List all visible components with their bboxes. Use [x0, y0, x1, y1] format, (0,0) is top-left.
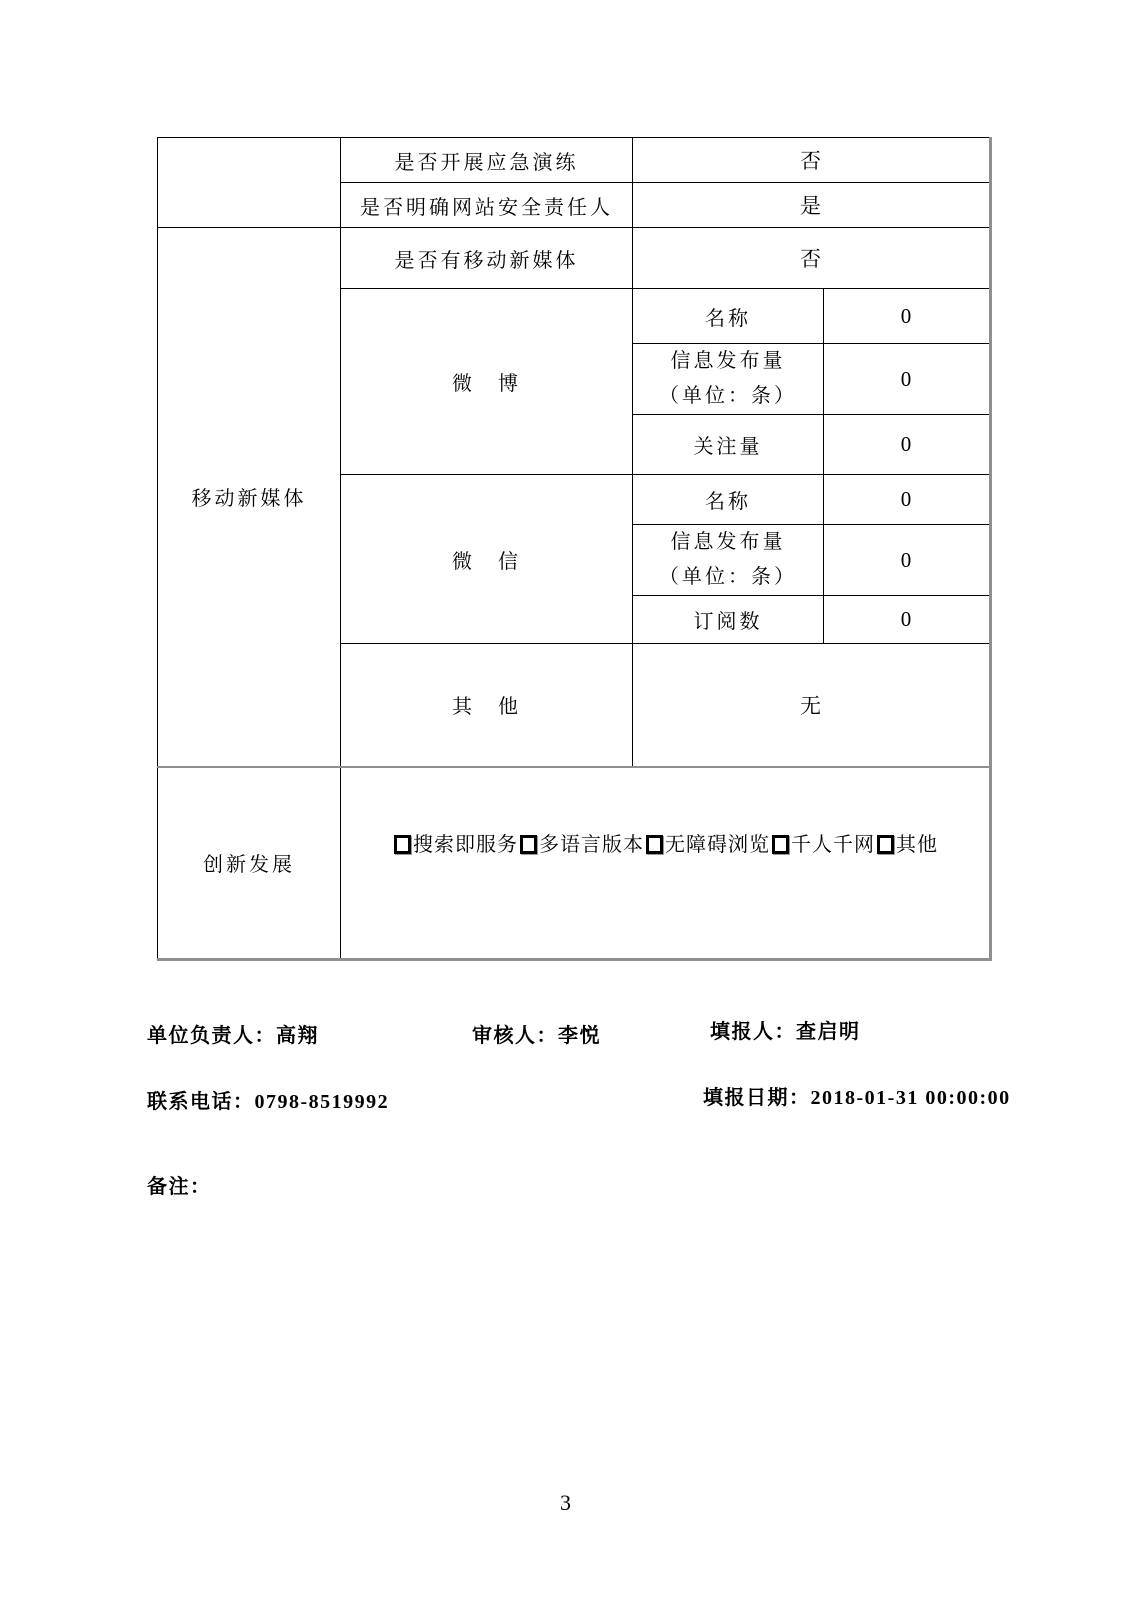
checkbox-accessibility-icon[interactable] [646, 835, 663, 854]
checkbox-other-icon[interactable] [877, 835, 894, 854]
checkbox-label: 其他 [896, 834, 938, 856]
checkbox-multilingual-icon[interactable] [520, 835, 537, 854]
mobile-media-section-label: 移动新媒体 [158, 228, 341, 767]
reviewer-value: 李悦 [558, 1025, 601, 1047]
unit-head-value: 高翔 [276, 1025, 319, 1047]
wechat-subscribers-label: 订阅数 [633, 596, 824, 644]
security-person-value: 是 [633, 183, 991, 228]
weibo-followers-label: 关注量 [633, 415, 824, 475]
checkbox-label: 千人千网 [791, 834, 875, 856]
unit-head-label: 单位负责人： [147, 1025, 276, 1047]
phone-field: 联系电话：0798-8519992 [147, 1085, 389, 1114]
remark-field: 备注： [147, 1170, 212, 1199]
filler-label: 填报人： [710, 1021, 796, 1043]
table-row: 移动新媒体 是否有移动新媒体 否 [158, 228, 991, 289]
phone-value: 0798-8519992 [255, 1091, 390, 1113]
remark-label: 备注： [147, 1176, 212, 1198]
wechat-label: 微 信 [341, 475, 633, 644]
report-table-wrapper: 是否开展应急演练 否 是否明确网站安全责任人 是 移动新媒体 是否有移动新媒体 … [157, 137, 992, 961]
innovation-option: 千人千网 [770, 834, 875, 856]
innovation-options-cell: 搜索即服务多语言版本无障碍浏览千人千网其他 [341, 767, 991, 960]
report-date-field: 填报日期：2018-01-31 00:00:00 [703, 1081, 1011, 1110]
security-person-label: 是否明确网站安全责任人 [341, 183, 633, 228]
other-media-value: 无 [633, 644, 991, 767]
wechat-posts-label-line1: 信息发布量 [633, 525, 823, 560]
emergency-drill-label: 是否开展应急演练 [341, 138, 633, 183]
checkbox-label: 无障碍浏览 [665, 834, 770, 856]
checkbox-label: 搜索即服务 [413, 834, 518, 856]
innovation-option: 无障碍浏览 [644, 834, 770, 856]
filler-value: 查启明 [796, 1021, 861, 1043]
has-mobile-label: 是否有移动新媒体 [341, 228, 633, 289]
other-media-label: 其 他 [341, 644, 633, 767]
report-table: 是否开展应急演练 否 是否明确网站安全责任人 是 移动新媒体 是否有移动新媒体 … [157, 137, 992, 961]
reviewer-field: 审核人：李悦 [472, 1019, 601, 1048]
wechat-posts-label-line2: （单位：条） [633, 560, 823, 595]
weibo-posts-value: 0 [824, 344, 991, 415]
weibo-name-value: 0 [824, 289, 991, 344]
weibo-name-label: 名称 [633, 289, 824, 344]
unit-head-field: 单位负责人：高翔 [147, 1019, 319, 1048]
report-date-label: 填报日期： [703, 1087, 811, 1109]
weibo-posts-label-line2: （单位：条） [633, 379, 823, 414]
weibo-posts-label-line1: 信息发布量 [633, 344, 823, 379]
wechat-posts-label: 信息发布量 （单位：条） [633, 525, 824, 596]
wechat-name-label: 名称 [633, 475, 824, 525]
emergency-drill-value: 否 [633, 138, 991, 183]
filler-field: 填报人：查启明 [710, 1015, 861, 1044]
innovation-option: 搜索即服务 [392, 834, 518, 856]
weibo-followers-value: 0 [824, 415, 991, 475]
wechat-posts-value: 0 [824, 525, 991, 596]
innovation-option: 其他 [875, 834, 938, 856]
innovation-section-label: 创新发展 [158, 767, 341, 960]
wechat-subscribers-value: 0 [824, 596, 991, 644]
report-date-value: 2018-01-31 00:00:00 [811, 1087, 1011, 1109]
checkbox-label: 多语言版本 [539, 834, 644, 856]
checkbox-search-as-service-icon[interactable] [394, 835, 411, 854]
innovation-options-line: 搜索即服务多语言版本无障碍浏览千人千网其他 [341, 828, 989, 857]
innovation-option: 多语言版本 [518, 834, 644, 856]
has-mobile-value: 否 [633, 228, 991, 289]
reviewer-label: 审核人： [472, 1025, 558, 1047]
page-number: 3 [0, 1490, 1131, 1516]
weibo-label: 微 博 [341, 289, 633, 475]
checkbox-personalization-icon[interactable] [772, 835, 789, 854]
weibo-posts-label: 信息发布量 （单位：条） [633, 344, 824, 415]
phone-label: 联系电话： [147, 1091, 255, 1113]
table-row: 创新发展 搜索即服务多语言版本无障碍浏览千人千网其他 [158, 767, 991, 960]
wechat-name-value: 0 [824, 475, 991, 525]
table-row: 是否开展应急演练 否 [158, 138, 991, 183]
previous-section-continuation-cell [158, 138, 341, 228]
